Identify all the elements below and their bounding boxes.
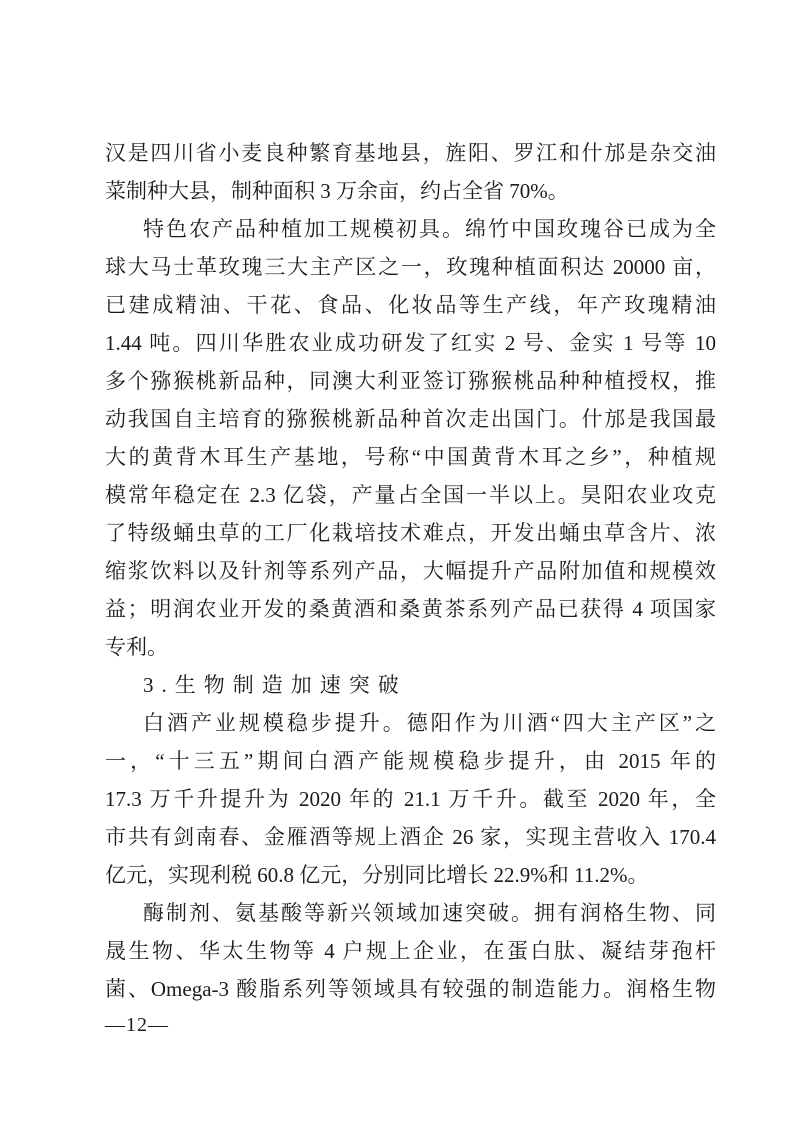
text-line: 缩浆饮料以及针剂等系列产品，大幅提升产品附加值和规模效	[105, 552, 716, 590]
text-line: 动我国自主培育的猕猴桃新品种首次走出国门。什邡是我国最	[105, 400, 716, 438]
text-line: 模常年稳定在 2.3 亿袋，产量占全国一半以上。昊阳农业攻克	[105, 476, 716, 514]
text-line: 了特级蛹虫草的工厂化栽培技术难点，开发出蛹虫草含片、浓	[105, 514, 716, 552]
text-line: 专利。	[105, 628, 716, 666]
text-line: 益；明润农业开发的桑黄酒和桑黄茶系列产品已获得 4 项国家	[105, 590, 716, 628]
text-line: 酶制剂、氨基酸等新兴领域加速突破。拥有润格生物、同	[105, 894, 716, 932]
text-line: 1.44 吨。四川华胜农业成功研发了红实 2 号、金实 1 号等 10	[105, 324, 716, 362]
text-line: 17.3 万千升提升为 2020 年的 21.1 万千升。截至 2020 年，全	[105, 780, 716, 818]
text-line: 汉是四川省小麦良种繁育基地县，旌阳、罗江和什邡是杂交油	[105, 134, 716, 172]
text-line: 球大马士革玫瑰三大主产区之一，玫瑰种植面积达 20000 亩，	[105, 248, 716, 286]
text-block: 汉是四川省小麦良种繁育基地县，旌阳、罗江和什邡是杂交油菜制种大县，制种面积 3 …	[105, 134, 716, 1008]
text-line: 市共有剑南春、金雁酒等规上酒企 26 家，实现主营收入 170.4	[105, 818, 716, 856]
text-line: 特色农产品种植加工规模初具。绵竹中国玫瑰谷已成为全	[105, 210, 716, 248]
text-line: 菌、Omega-3 酸脂系列等领域具有较强的制造能力。润格生物	[105, 970, 716, 1008]
footer-page-number: —12—	[105, 1012, 169, 1038]
text-line: 菜制种大县，制种面积 3 万余亩，约占全省 70%。	[105, 172, 716, 210]
text-line: 一，“十三五”期间白酒产能规模稳步提升，由 2015 年的	[105, 742, 716, 780]
text-line: 亿元，实现利税 60.8 亿元，分别同比增长 22.9%和 11.2%。	[105, 856, 716, 894]
text-line: 晟生物、华太生物等 4 户规上企业，在蛋白肽、凝结芽孢杆	[105, 932, 716, 970]
section-heading: 3.生物制造加速突破	[105, 666, 716, 704]
text-line: 已建成精油、干花、食品、化妆品等生产线，年产玫瑰精油	[105, 286, 716, 324]
text-line: 大的黄背木耳生产基地，号称“中国黄背木耳之乡”，种植规	[105, 438, 716, 476]
document-page: 汉是四川省小麦良种繁育基地县，旌阳、罗江和什邡是杂交油菜制种大县，制种面积 3 …	[0, 0, 793, 1122]
text-line: 多个猕猴桃新品种，同澳大利亚签订猕猴桃品种种植授权，推	[105, 362, 716, 400]
text-line: 白酒产业规模稳步提升。德阳作为川酒“四大主产区”之	[105, 704, 716, 742]
